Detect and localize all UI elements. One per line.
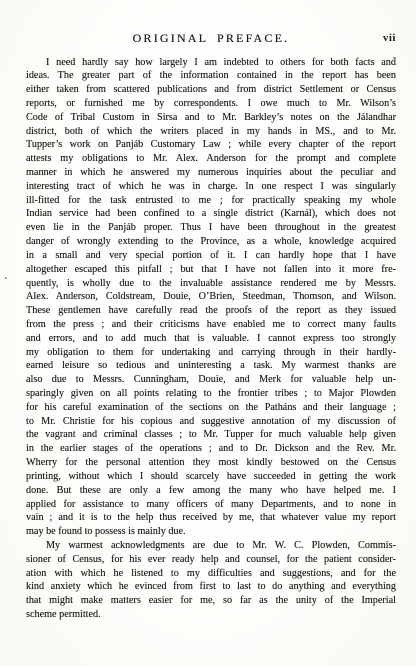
- scan-speck: [393, 57, 396, 59]
- text-line: ation with which he listened to my diffi…: [26, 567, 396, 581]
- text-line: My warmest acknowledgments are due to Mr…: [26, 539, 396, 553]
- text-line: my obligation to them for undertaking an…: [26, 346, 396, 360]
- text-line: Wherry for the personal attention they m…: [26, 456, 396, 470]
- text-line: applied for assistance to many officers …: [26, 498, 396, 512]
- text-line: sioner of Census, for his ever ready hel…: [26, 553, 396, 567]
- text-line: interesting tract of which he was in cha…: [26, 180, 396, 194]
- text-line: in a small and very special portion of i…: [26, 249, 396, 263]
- scan-speck: [5, 277, 7, 279]
- text-line: and errors, and to add much that is valu…: [26, 332, 396, 346]
- text-line: even lie in the Panjáb proper. Thus I ha…: [26, 221, 396, 235]
- text-line: quently, is wholly due to the invaluable…: [26, 277, 396, 291]
- book-page: ORIGINAL PREFACE. vii I need hardly say …: [0, 0, 416, 666]
- text-line: for his careful examination of the secti…: [26, 401, 396, 415]
- text-line: danger of wrongly extending to the Provi…: [26, 235, 396, 249]
- text-line: Code of Tribal Custom in Sirsa and to Mr…: [26, 111, 396, 125]
- text-line: in the earlier stages of the operations …: [26, 442, 396, 456]
- paragraph-1: I need hardly say how largely I am indeb…: [26, 56, 396, 539]
- page-title: ORIGINAL PREFACE.: [26, 31, 396, 46]
- text-line: to Mr. Christie for his copious and sugg…: [26, 415, 396, 429]
- text-line: district, both of which the writers plac…: [26, 125, 396, 139]
- text-line: also due to Messrs. Cunningham, Douie, a…: [26, 373, 396, 387]
- text-line: attests my obligations to Mr. Alex. Ande…: [26, 152, 396, 166]
- text-line: reports, or furnished me by corresponden…: [26, 97, 396, 111]
- text-line: from the press ; and their criticisms ha…: [26, 318, 396, 332]
- text-line: may be found to possess is mainly due.: [26, 525, 396, 539]
- text-line: manner in which he answered my numerous …: [26, 166, 396, 180]
- text-line: These gentlemen have carefully read the …: [26, 304, 396, 318]
- text-line: printing, without which I should scarcel…: [26, 470, 396, 484]
- text-line: ill-fitted for the task entrusted to me …: [26, 194, 396, 208]
- text-line: earned leisure so tedious and uninterest…: [26, 359, 396, 373]
- text-line: ideas. The greater part of the informati…: [26, 69, 396, 83]
- text-line: the vagrant and criminal classes ; to Mr…: [26, 428, 396, 442]
- text-line: Indian service had been confined to a si…: [26, 207, 396, 221]
- preface-text: I need hardly say how largely I am indeb…: [26, 56, 396, 622]
- text-line: scheme permitted.: [26, 608, 396, 622]
- text-line: Tupper’s work on Panjáb Customary Law ; …: [26, 138, 396, 152]
- text-line: sparingly given on all points relating t…: [26, 387, 396, 401]
- text-line: Alex. Anderson, Coldstream, Douie, O’Bri…: [26, 290, 396, 304]
- text-line: that might make matters easier for me, s…: [26, 594, 396, 608]
- page-header: ORIGINAL PREFACE. vii: [26, 31, 396, 47]
- text-line: kind anxiety which he evinced from first…: [26, 580, 396, 594]
- text-line: either taken from scattered publications…: [26, 83, 396, 97]
- text-line: done. But these are only a few among the…: [26, 484, 396, 498]
- page-number: vii: [383, 32, 396, 44]
- text-line: altogether escaped this pitfall ; but th…: [26, 263, 396, 277]
- text-line: vain ; and it is to the help thus receiv…: [26, 511, 396, 525]
- paragraph-2: My warmest acknowledgments are due to Mr…: [26, 539, 396, 622]
- text-line: I need hardly say how largely I am indeb…: [26, 56, 396, 70]
